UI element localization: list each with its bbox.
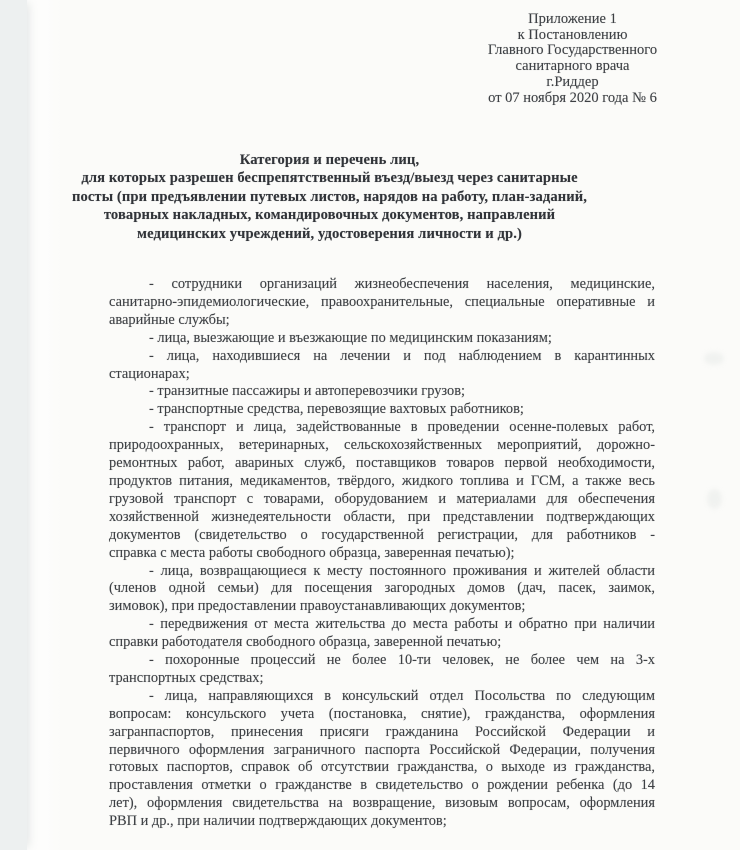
paragraph: - лица, выезжающие и въезжающие по медиц… bbox=[109, 330, 655, 348]
header-line: Главного Государственного bbox=[405, 43, 740, 59]
body-line: - лица, находившиеся на лечении и под на… bbox=[109, 348, 655, 366]
body-line: транспортных средствах; bbox=[109, 670, 655, 688]
header-line: г.Риддер bbox=[405, 75, 740, 91]
title-line: посты (при предъявлении путевых листов, … bbox=[48, 188, 611, 206]
document-title: Категория и перечень лиц,для которых раз… bbox=[48, 151, 611, 243]
paragraph: - лица, возвращающиеся к месту постоянно… bbox=[109, 563, 655, 617]
body-line: - транспорт и лица, задействованные в пр… bbox=[109, 419, 655, 437]
body-line: лет), оформления свидетельства на возвра… bbox=[109, 795, 655, 813]
body-line: - лица, возвращающиеся к месту постоянно… bbox=[109, 563, 655, 581]
body-line: природоохранных, ветеринарных, сельскохо… bbox=[109, 437, 655, 455]
paragraph: - похоронные процессий не более 10-ти че… bbox=[109, 652, 655, 688]
body-line: продуктов питания, медикаментов, твёрдог… bbox=[109, 473, 655, 491]
body-line: грузовой транспорт с товарами, оборудова… bbox=[109, 491, 655, 509]
body-line: - лица, направляющихся в консульский отд… bbox=[109, 688, 655, 706]
scan-edge-strip bbox=[0, 0, 27, 850]
body-line: вопросам: консульского учета (постановка… bbox=[109, 706, 655, 724]
body-line: - транспортные средства, перевозящие вах… bbox=[109, 401, 655, 419]
body-line: загранпаспортов, принесения присяги граж… bbox=[109, 724, 655, 742]
scan-smudge bbox=[704, 352, 724, 365]
paragraph: - транспорт и лица, задействованные в пр… bbox=[109, 419, 655, 562]
paragraph: - лица, направляющихся в консульский отд… bbox=[109, 688, 655, 831]
document-header: Приложение 1к ПостановлениюГлавного Госу… bbox=[405, 12, 740, 106]
title-line: Категория и перечень лиц, bbox=[48, 151, 611, 169]
body-line: документов (свидетельство о государствен… bbox=[109, 527, 655, 545]
document-body: - сотрудники организаций жизнеобеспечени… bbox=[109, 276, 655, 831]
header-line: от 07 ноября 2020 года № 6 bbox=[405, 91, 740, 107]
paragraph: - лица, находившиеся на лечении и под на… bbox=[109, 348, 655, 384]
body-line: - транзитные пассажиры и автоперевозчики… bbox=[109, 383, 655, 401]
body-line: стационарах; bbox=[109, 366, 655, 384]
body-line: - передвижения от места жительства до ме… bbox=[109, 616, 655, 634]
header-line: санитарного врача bbox=[405, 59, 740, 75]
header-line: к Постановлению bbox=[405, 28, 740, 44]
title-line: медицинских учреждений, удостоверения ли… bbox=[48, 225, 611, 243]
document-page: Приложение 1к ПостановлениюГлавного Госу… bbox=[0, 0, 740, 850]
body-line: - лица, выезжающие и въезжающие по медиц… bbox=[109, 330, 655, 348]
body-line: справка с места работы свободного образц… bbox=[109, 545, 655, 563]
body-line: (членов одной семьи) для посещения загор… bbox=[109, 580, 655, 598]
paragraph: - сотрудники организаций жизнеобеспечени… bbox=[109, 276, 655, 330]
paragraph: - транзитные пассажиры и автоперевозчики… bbox=[109, 383, 655, 401]
body-line: готовых паспортов, справок об отсутствии… bbox=[109, 759, 655, 777]
body-line: справки работодателя свободного образца,… bbox=[109, 634, 655, 652]
title-line: для которых разрешен беспрепятственный в… bbox=[48, 169, 611, 187]
body-line: зимовок), при предоставлении правоустана… bbox=[109, 598, 655, 616]
scan-smudge bbox=[707, 489, 722, 509]
body-line: первичного оформления заграничного паспо… bbox=[109, 742, 655, 760]
body-line: - похоронные процессий не более 10-ти че… bbox=[109, 652, 655, 670]
body-line: проставления отметки о гражданстве в сви… bbox=[109, 777, 655, 795]
body-line: РВП и др., при наличии подтверждающих до… bbox=[109, 813, 655, 831]
title-line: товарных накладных, командировочных доку… bbox=[48, 206, 611, 224]
body-line: - сотрудники организаций жизнеобеспечени… bbox=[109, 276, 655, 294]
body-line: ремонтных работ, авариных служб, поставщ… bbox=[109, 455, 655, 473]
body-line: хозяйственной жизнедеятельности области,… bbox=[109, 509, 655, 527]
paragraph: - передвижения от места жительства до ме… bbox=[109, 616, 655, 652]
body-line: санитарно-эпидемиологические, правоохран… bbox=[109, 294, 655, 312]
body-line: аварийные службы; bbox=[109, 312, 655, 330]
header-line: Приложение 1 bbox=[405, 12, 740, 28]
paragraph: - транспортные средства, перевозящие вах… bbox=[109, 401, 655, 419]
